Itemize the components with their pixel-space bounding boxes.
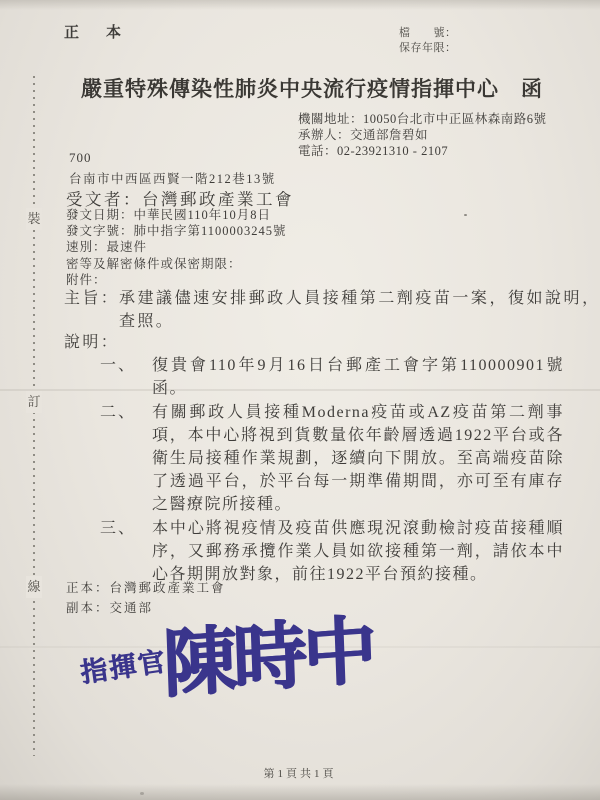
file-number-label: 檔 號： bbox=[399, 26, 457, 41]
item-marker: 一、 bbox=[100, 354, 136, 377]
secrecy-class: 密等及解密條件或保密期限： bbox=[66, 256, 287, 272]
document-title: 嚴重特殊傳染性肺炎中央流行疫情指揮中心 函 bbox=[12, 73, 600, 103]
subject-paragraph: 主旨：承建議儘速安排郵政人員接種第二劑疫苗一案，復如說明，請查照。 bbox=[64, 287, 600, 333]
binding-mark-zhuang: 裝 bbox=[26, 208, 42, 230]
agency-info-block: 機關地址：10050台北市中正區林森南路6號 承辦人：交通部詹碧如 電話：02-… bbox=[298, 112, 547, 159]
explanation-item-3: 三、本中心將視疫情及疫苗供應現況滾動檢討疫苗接種順序，又郵務承攬作業人員如欲接種… bbox=[100, 517, 564, 587]
explanation-section: 說明： 一、復貴會110年9月16日台郵產工會字第110000901號函。 二、… bbox=[64, 331, 564, 586]
issue-date: 發文日期：中華民國110年10月8日 bbox=[66, 207, 287, 223]
original-to: 正本：台灣郵政產業工會 bbox=[66, 579, 226, 599]
scanned-official-letter: 裝 訂 線 正 本 檔 號： 保存年限： 嚴重特殊傳染性肺炎中央流行疫情指揮中心… bbox=[0, 0, 600, 800]
subject-text: 承建議儘速安排郵政人員接種第二劑疫苗一案，復如說明，請查照。 bbox=[119, 290, 600, 330]
paper-speck bbox=[140, 792, 144, 795]
agency-phone: 電話：02-23921310 - 2107 bbox=[298, 144, 547, 160]
explanation-item-1: 一、復貴會110年9月16日台郵產工會字第110000901號函。 bbox=[100, 354, 564, 400]
item-marker: 三、 bbox=[100, 517, 136, 540]
subject-label: 主旨： bbox=[64, 287, 119, 310]
recipient-zip-code: 700 bbox=[69, 150, 92, 166]
explanation-label: 說明： bbox=[64, 331, 564, 354]
binding-mark-ding: 訂 bbox=[26, 391, 42, 413]
item-text: 有關郵政人員接種Moderna疫苗或AZ疫苗第二劑事項，本中心將視到貨數量依年齡… bbox=[152, 404, 564, 514]
item-text: 本中心將視疫情及疫苗供應現況滾動檢討疫苗接種順序，又郵務承攬作業人員如欲接種第一… bbox=[152, 520, 564, 583]
speed-class: 速別：最速件 bbox=[66, 239, 287, 255]
agency-address: 機關地址：10050台北市中正區林森南路6號 bbox=[298, 112, 547, 128]
retention-period-label: 保存年限： bbox=[399, 41, 457, 56]
copy-type-label: 正 本 bbox=[64, 21, 127, 42]
explanation-item-2: 二、有關郵政人員接種Moderna疫苗或AZ疫苗第二劑事項，本中心將視到貨數量依… bbox=[100, 401, 564, 517]
issue-number: 發文字號：肺中指字第1100003245號 bbox=[66, 223, 287, 239]
file-reference-block: 檔 號： 保存年限： bbox=[399, 26, 457, 55]
paper-shadow-top bbox=[0, 0, 600, 10]
document-meta-block: 發文日期：中華民國110年10月8日 發文字號：肺中指字第1100003245號… bbox=[66, 207, 287, 288]
paper-speck bbox=[464, 214, 467, 216]
commander-signature-stamp: 陳時中 bbox=[161, 591, 374, 712]
item-text: 復貴會110年9月16日台郵產工會字第110000901號函。 bbox=[152, 357, 564, 397]
page-number-footer: 第1頁共1頁 bbox=[0, 765, 600, 781]
item-marker: 二、 bbox=[100, 401, 136, 424]
agency-contact-person: 承辦人：交通部詹碧如 bbox=[298, 128, 547, 144]
recipient-address: 台南市中西區西賢一階212巷13號 bbox=[69, 169, 276, 187]
paper-shadow-bottom bbox=[0, 784, 600, 800]
binding-dotted-line bbox=[33, 76, 35, 756]
binding-mark-xian: 線 bbox=[26, 576, 42, 598]
attachment-label: 附件： bbox=[66, 272, 287, 288]
